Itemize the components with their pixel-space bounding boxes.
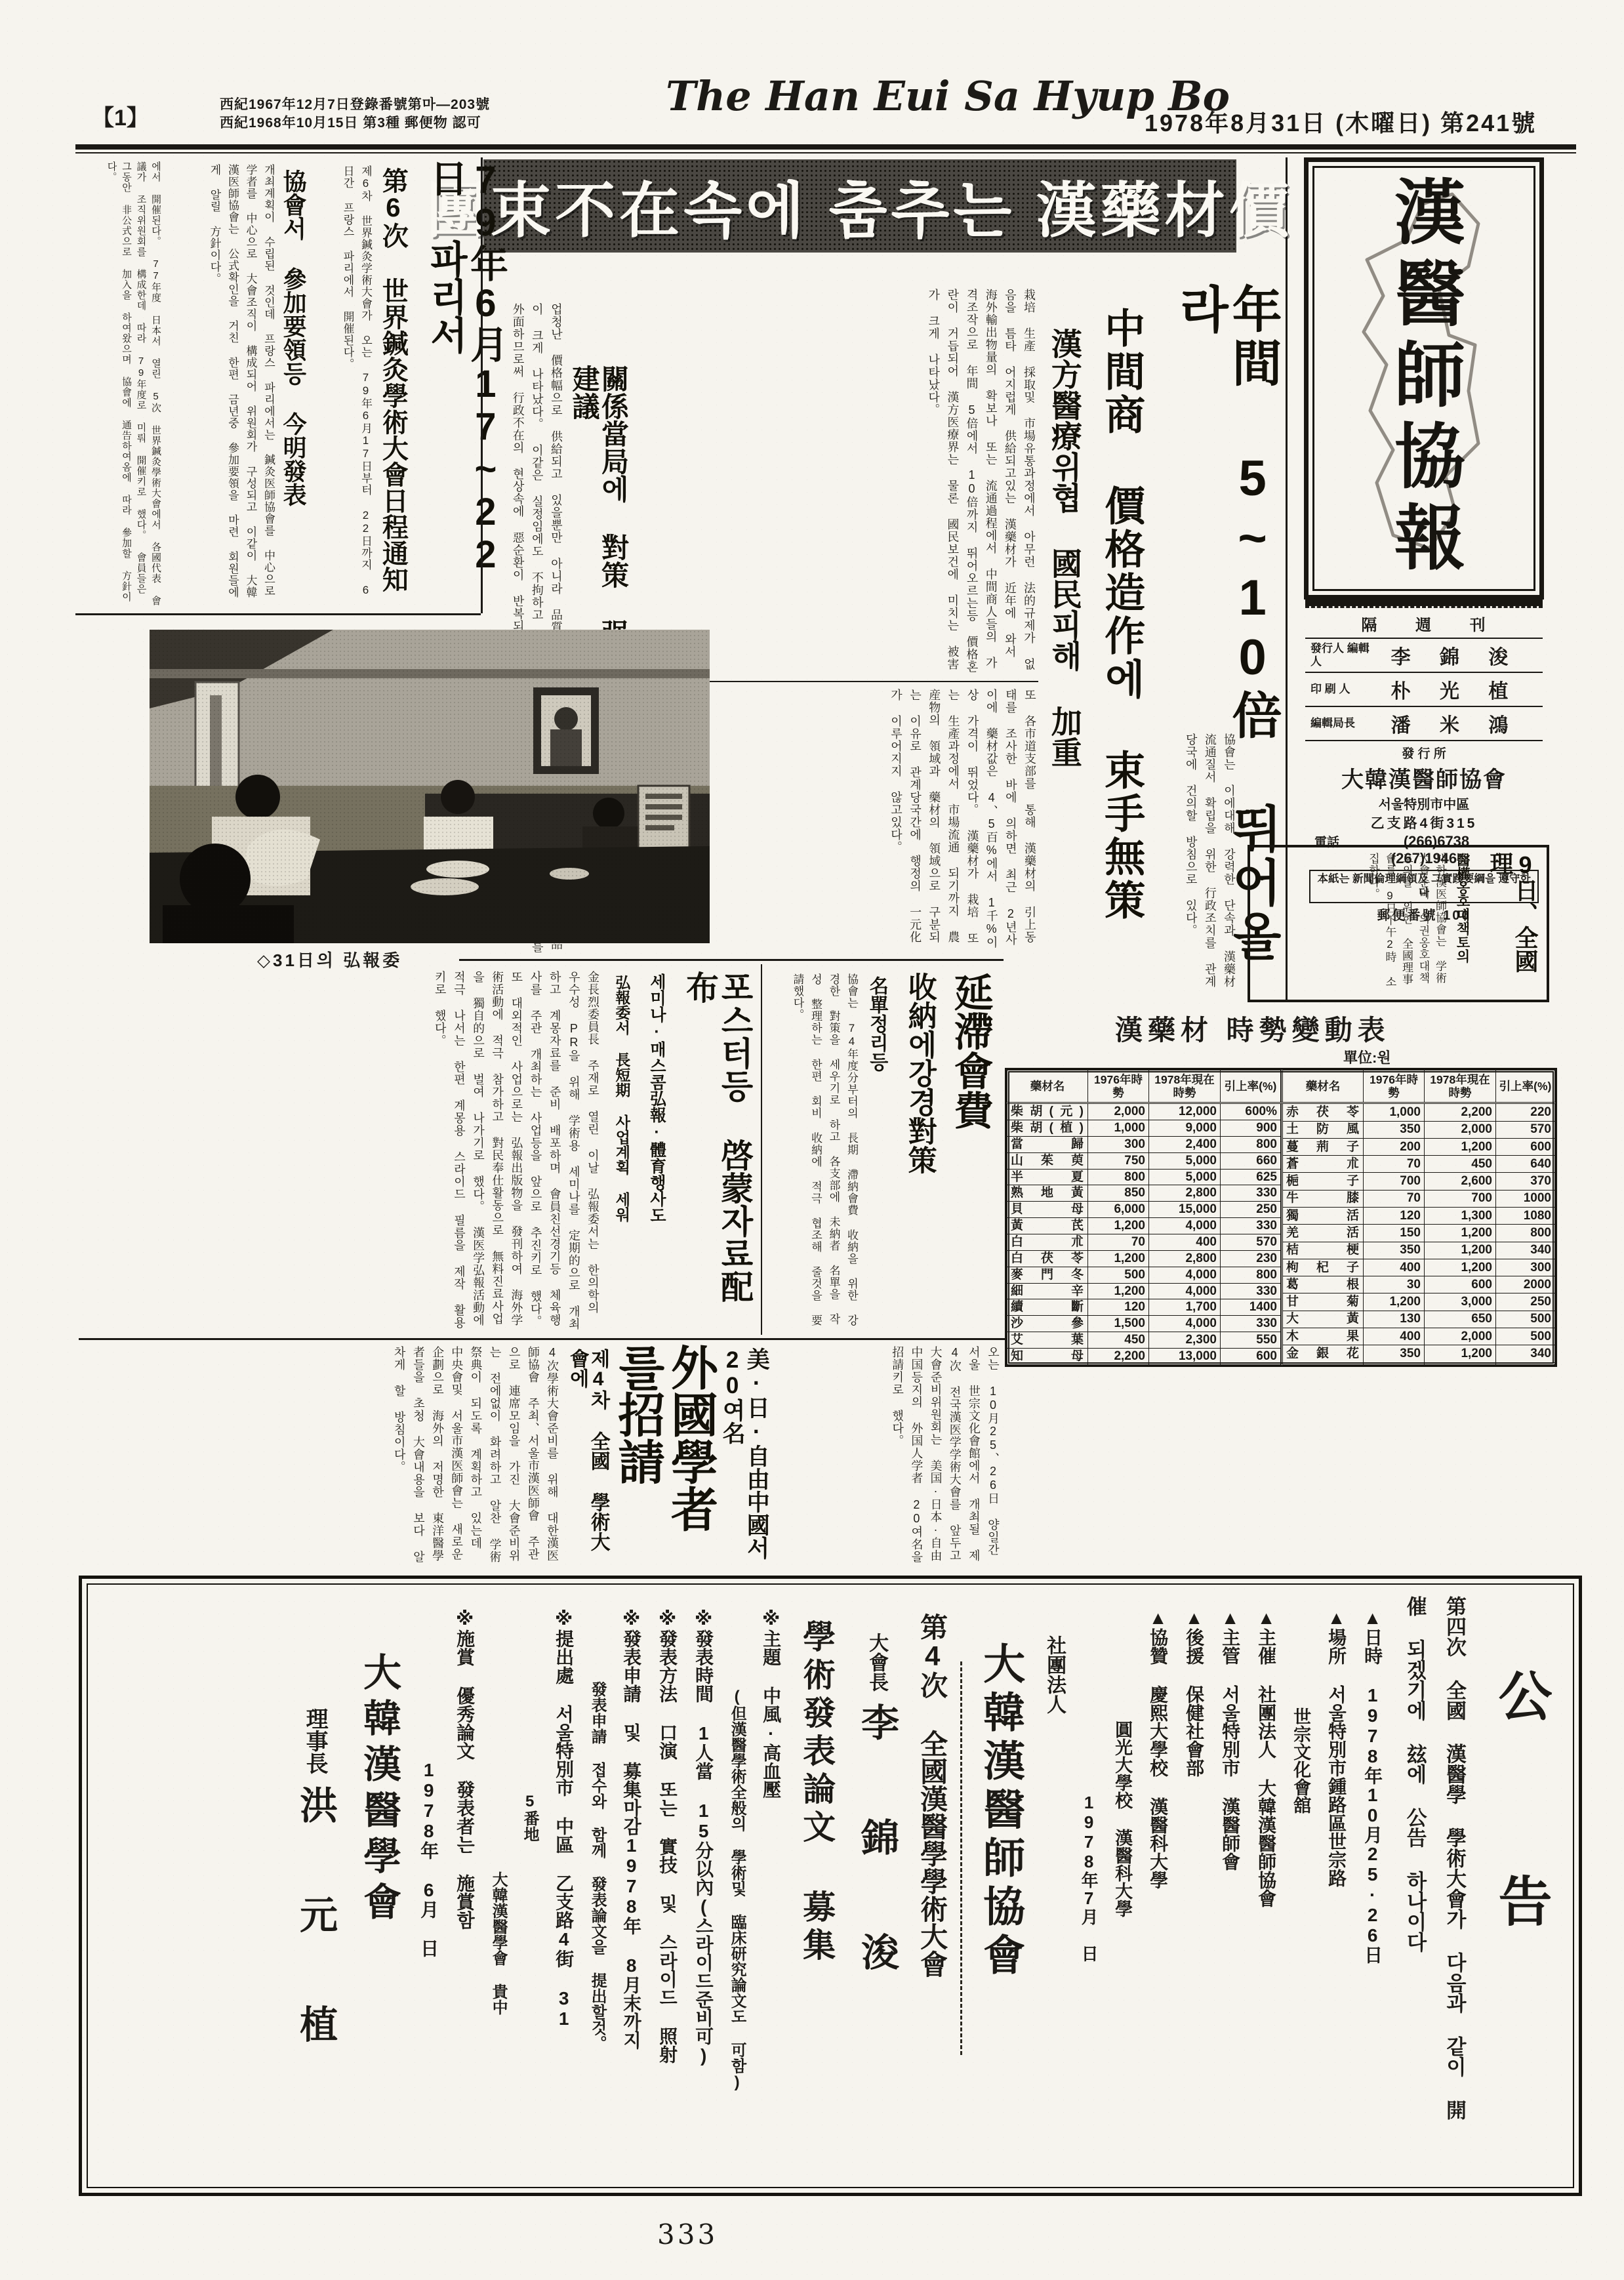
publisher-name: 李 錦 浚 [1373, 641, 1537, 670]
price-cell: 2,000 [1425, 1328, 1496, 1345]
table-row: 白茯苓1,2002,800230 [1007, 1250, 1281, 1267]
herb-name-cell: 續斷 [1007, 1299, 1088, 1316]
table-row: 甘菊1,2003,000250 [1282, 1293, 1555, 1311]
herb-name-cell: 當歸 [1007, 1136, 1088, 1152]
promo-subhead-2: 弘報委서 長短期 사업계획 세워 [614, 975, 630, 1332]
herb-name-cell: 柴胡(植) [1007, 1120, 1088, 1137]
price-cell: 660 [1221, 1152, 1281, 1169]
herb-name-cell: 白朮 [1007, 1234, 1088, 1251]
col-header-name: 藥材名 [1282, 1070, 1364, 1103]
herb-name-cell: 艾葉 [1007, 1332, 1088, 1349]
price-table-left: 藥材名 1976年時勢 1978年現在時勢 引上率(%) 柴胡(元)2,0001… [1007, 1070, 1281, 1365]
dues-subhead: 名單정리등 [867, 976, 887, 1330]
herb-name-cell: 沙參 [1007, 1316, 1088, 1332]
table-row: 山茱萸7505,000660 [1007, 1152, 1281, 1169]
table-row: 柴胡(元)2,00012,000600% [1007, 1103, 1281, 1120]
printer-label: 印 刷 人 [1310, 683, 1373, 696]
herb-name-cell: 細辛 [1007, 1283, 1088, 1299]
banner-headline-box: 團束不在속에 춤추는 漢藥材價 [483, 159, 1236, 253]
price-cell: 70 [1088, 1234, 1149, 1251]
price-cell: 250 [1496, 1293, 1555, 1311]
price-cell: 450 [1088, 1332, 1149, 1349]
table-row: 羌活1501,200800 [1282, 1225, 1555, 1242]
board-meeting-box: 9日、全國理 醫權옹호대책토의 대한漢医師協會는 学術大會준비 의권옹호대책토의… [1248, 845, 1549, 1002]
table-header-row: 藥材名 1976年時勢 1978年現在時勢 引上率(%) [1282, 1070, 1555, 1103]
issuer-label: 發 行 所 [1305, 741, 1543, 762]
meeting-photo [150, 630, 710, 943]
price-cell: 1,000 [1088, 1120, 1149, 1137]
herb-name-cell: 貝母 [1007, 1202, 1088, 1218]
price-cell: 2,000 [1425, 1121, 1496, 1138]
foreign-subhead-2: 제4차 全國 學術大會에 [567, 1349, 609, 1566]
foreign-headline: 外國學者를招請 [603, 1343, 716, 1566]
price-cell: 70 [1364, 1190, 1425, 1207]
price-cell: 1,500 [1088, 1316, 1149, 1332]
notice-director: 理事長 洪 元 植 [287, 1596, 342, 2176]
price-cell [1364, 1362, 1425, 1364]
vertical-divider-left [481, 157, 483, 613]
herb-name-cell: 梔子 [1282, 1173, 1364, 1190]
banner-headline: 團束不在속에 춤추는 漢藥材價 [426, 163, 1293, 249]
dues-divider [761, 964, 762, 1335]
price-cell: 600% [1221, 1103, 1281, 1120]
announcement-box: 公 告 第四次 全國 漢醫學 學術大會가 다음과 같이 開催 되겠기에 玆에 公… [79, 1576, 1582, 2196]
price-cell: 2,200 [1088, 1348, 1149, 1364]
dues-headline-1: 延滯會費 [950, 972, 992, 1169]
registration-line2: 西紀1968年10月15日 第3種 郵便物 認可 [220, 114, 490, 132]
price-cell: 340 [1496, 1345, 1555, 1362]
notice-intro: 第四次 全國 漢醫學 學術大會가 다음과 같이 開催 되겠기에 玆에 公告 하나… [1394, 1596, 1474, 2121]
price-table-right: 藥材名 1976年時勢 1978年現在時勢 引上率(%) 赤茯苓1,0002,2… [1281, 1070, 1555, 1365]
herb-name-cell: 山茱萸 [1007, 1152, 1088, 1169]
table-body-left: 柴胡(元)2,00012,000600%柴胡(植)1,0009,000900當歸… [1007, 1103, 1281, 1365]
table-row: 蔓荊子2001,200600 [1282, 1138, 1555, 1155]
header-rule-thick [75, 144, 1576, 150]
price-cell: 2,600 [1425, 1173, 1496, 1190]
price-cell: 1000 [1496, 1190, 1555, 1207]
herb-name-cell: 半夏 [1007, 1169, 1088, 1185]
director-name: 洪 元 植 [294, 1785, 336, 2057]
price-cell: 500 [1496, 1311, 1555, 1328]
registration-info: 西紀1967年12月7日登錄番號第마—203號 西紀1968年10月15日 第3… [220, 96, 490, 133]
publisher-box: 隔 週 刊 發行人 編輯人 李 錦 浚 印 刷 人 朴 光 植 編輯局長 潘 米… [1305, 598, 1543, 849]
herb-name-cell: 甘菊 [1282, 1293, 1364, 1311]
notice-date-item: ▲日時 1978年10月25·26日 [1358, 1596, 1386, 2176]
registration-line1: 西紀1967年12月7日登錄番號第마—203號 [220, 96, 490, 114]
table-row: 桔梗3501,200340 [1282, 1242, 1555, 1259]
notice-apply-item: ※發表申請 및 募集마감1978年 8月末까지 [617, 1596, 645, 2176]
issuer-address-2: 乙支路4街315 [1305, 813, 1543, 832]
price-cell: 4,000 [1149, 1218, 1221, 1234]
price-cell: 130 [1364, 1311, 1425, 1328]
notice-org-name: 大韓漢醫師協會 [971, 1596, 1031, 2176]
page-number: 333 [657, 2218, 718, 2250]
table-row: 牛膝707001000 [1282, 1190, 1555, 1207]
price-cell: 340 [1496, 1242, 1555, 1259]
table-row: 木果4002,000500 [1282, 1328, 1555, 1345]
bottom-band-rule [79, 1338, 1005, 1340]
foreign-subhead-1: 美·日·自由中國서20여名 [720, 1347, 769, 1566]
chairman-name: 李 錦 浚 [855, 1703, 898, 1987]
price-cell: 2,800 [1149, 1250, 1221, 1267]
mid-band-rule [459, 959, 1004, 961]
herb-name-cell: 麥門冬 [1007, 1267, 1088, 1283]
issue-dateline: 1978年8月31日 (木曜日) 第241號 [1145, 105, 1537, 138]
col-header-rate: 引上率(%) [1496, 1070, 1555, 1103]
table-row: 知母2,20013,000600 [1007, 1348, 1281, 1364]
paris-subhead-2: 協會서 參加要領등 今明發表 [281, 169, 306, 602]
herb-name-cell: 牛膝 [1282, 1190, 1364, 1207]
notice-date-july: 1978年7月 日 [1077, 1596, 1101, 2176]
price-cell: 600 [1425, 1276, 1496, 1293]
editor-label: 編輯局長 [1310, 717, 1373, 730]
table-row: 續斷1201,7001400 [1007, 1299, 1281, 1316]
masthead-inner-border: 漢醫師協報 [1312, 166, 1535, 591]
price-cell: 570 [1496, 1121, 1555, 1138]
notice-sponsor-item-2: 圓光大學校 漢醫科大學 [1110, 1596, 1135, 2176]
col-header-1978: 1978年現在時勢 [1425, 1070, 1496, 1103]
notice-manage-item: ▲主管 서울特別市 漢醫師會 [1216, 1596, 1244, 2176]
notice-submit-item: ※提出處 서울特別市 中區 乙支路4街 31 [550, 1596, 577, 2176]
editor-row: 編輯局長 潘 米 鴻 [1305, 707, 1543, 741]
price-cell: 15,000 [1149, 1202, 1221, 1218]
herb-name-cell: 黃芪 [1007, 1218, 1088, 1234]
foreign-body-left: 4次學術大會준비를 위해 대한漢医師協會 주최、서울市漢医師會 주관으로 連席모… [81, 1346, 561, 1566]
herb-name-cell [1282, 1362, 1364, 1364]
price-cell: 330 [1221, 1218, 1281, 1234]
herb-name-cell: 柴胡(元) [1007, 1103, 1088, 1120]
header-rule-thin [75, 152, 1576, 153]
price-cell: 450 [1425, 1156, 1496, 1173]
publisher-label: 發行人 編輯人 [1310, 642, 1373, 668]
price-cell: 640 [1496, 1156, 1555, 1173]
price-cell: 220 [1496, 1103, 1555, 1121]
notice-submit-item-2: 5番地 [518, 1596, 541, 2176]
notice-title: 公 告 [1482, 1596, 1559, 2176]
price-cell: 230 [1221, 1250, 1281, 1267]
meeting-photo-image [150, 630, 710, 943]
printer-row: 印 刷 人 朴 光 植 [1305, 673, 1543, 707]
price-cell: 750 [1088, 1152, 1149, 1169]
price-cell: 5,000 [1149, 1152, 1221, 1169]
table-row: 獨活1201,3001080 [1282, 1207, 1555, 1224]
price-cell: 1,200 [1088, 1283, 1149, 1299]
table-row: 細辛1,2004,000330 [1007, 1283, 1281, 1299]
issuer-address-1: 서울特別市中區 [1305, 794, 1543, 813]
paris-body-col: 제6차 世界鍼灸学術大會가 오는 79年6月17日부터 22日까지 6日간 프랑… [331, 165, 375, 605]
notice-divider-squiggle [960, 1661, 962, 2055]
price-cell: 350 [1364, 1345, 1425, 1362]
herb-name-cell: 大黃 [1282, 1311, 1364, 1328]
price-cell: 250 [1221, 1202, 1281, 1218]
price-cell: 800 [1221, 1136, 1281, 1152]
notice-method-item: ※發表方法 口演 또는 實技 및 스라이드 照射 [653, 1596, 681, 2176]
price-cell: 2,400 [1149, 1136, 1221, 1152]
herb-name-cell: 蒼朮 [1282, 1156, 1364, 1173]
price-cell: 200 [1364, 1138, 1425, 1155]
board-headline: 9日、全國理 [1488, 851, 1537, 994]
paris-subhead-1: 第6次 世界鍼灸學術大會日程通知 [379, 167, 407, 603]
notice-chairman: 大會長 李 錦 浚 [849, 1596, 904, 2176]
notice-award-item: ※施賞 優秀論文 發表者는 施賞함 [451, 1596, 478, 2176]
price-cell: 550 [1221, 1332, 1281, 1349]
col-header-1978: 1978年現在時勢 [1149, 1070, 1221, 1103]
foreign-body-right: 오는 10月25、26日 양일간 서울 世宗文化會館에서 개최될 제4次 전국漢… [770, 1346, 1002, 1566]
price-cell: 5,000 [1149, 1169, 1221, 1185]
herb-name-cell: 桔梗 [1282, 1242, 1364, 1259]
director-label: 理事長 [302, 1707, 327, 1774]
price-body-a: 栽培 生產 採取및 市場유통과정에서 아무런 法的규제가 없음을 틈타 어지럽게… [626, 289, 1038, 674]
herb-name-cell: 赤茯苓 [1282, 1103, 1364, 1121]
dues-headline-2: 收納에강경對策 [904, 972, 935, 1330]
notice-topic-note: (但漢醫學術全般의 學術및 臨床研究論文도 可함) [725, 1596, 748, 2176]
herb-name-cell: 知母 [1007, 1348, 1088, 1364]
price-cell: 625 [1221, 1169, 1281, 1185]
herb-name-cell: 白茯苓 [1007, 1250, 1088, 1267]
board-body: 대한漢医師協會는 学術大會준비 의권옹호대책토의를 위한 全國理事會를 9日下午… [1258, 853, 1448, 992]
price-cell: 1,200 [1425, 1345, 1496, 1362]
herb-name-cell: 枸杞子 [1282, 1259, 1364, 1276]
price-cell: 120 [1088, 1299, 1149, 1316]
col-header-1976: 1976年時勢 [1088, 1070, 1149, 1103]
price-cell: 3,000 [1425, 1293, 1496, 1311]
price-cell: 1,000 [1364, 1103, 1425, 1121]
price-cell: 400 [1364, 1259, 1425, 1276]
price-body-d: 協會는 이에대해 강력한 단속과 漢藥材 流通질서 확립을 위한 行政조치를 관… [1048, 733, 1238, 1000]
price-cell: 300 [1496, 1259, 1555, 1276]
notice-place-venue: 世宗文化會舘 [1288, 1596, 1314, 2176]
editor-name: 潘 米 鴻 [1373, 709, 1537, 738]
table-row: 黃芪1,2004,000330 [1007, 1218, 1281, 1234]
herb-name-cell: 葛根 [1282, 1276, 1364, 1293]
publisher-row: 發行人 編輯人 李 錦 浚 [1305, 639, 1543, 673]
price-cell: 4,000 [1149, 1283, 1221, 1299]
table-row: 麥門冬5004,000800 [1007, 1267, 1281, 1283]
notice-host-item: ▲主催 社團法人 大韓漢醫師協會 [1252, 1596, 1280, 2176]
price-cell: 2000 [1496, 1276, 1555, 1293]
issuer-name: 大韓漢醫師協會 [1305, 762, 1543, 794]
price-cell: 330 [1221, 1283, 1281, 1299]
herb-name-cell: 金銀花 [1282, 1345, 1364, 1362]
paris-side-strip: 에서 開催된다。 77年度 日本서 열린 5次 世界鍼灸學術大會에서 各國代表 … [79, 161, 163, 609]
price-cell: 2,000 [1088, 1103, 1149, 1120]
price-cell: 1,200 [1425, 1259, 1496, 1276]
paris-body: 개최계획이 수립된 것인데 프랑스 파리에서는 鍼灸医師協會를 中心으로 学者를… [167, 164, 277, 607]
price-cell: 400 [1364, 1328, 1425, 1345]
board-subhead: 醫權옹호대책토의 [1455, 853, 1469, 993]
table-row: 枸杞子4001,200300 [1282, 1259, 1555, 1276]
masthead-title: 漢醫師協報 [1373, 175, 1475, 582]
price-cell: 330 [1221, 1316, 1281, 1332]
masthead-box: 漢醫師協報 [1304, 157, 1544, 600]
chairman-label: 大會長 [866, 1633, 887, 1692]
price-cell: 1,200 [1425, 1138, 1496, 1155]
price-cell: 700 [1425, 1190, 1496, 1207]
notice-time-item: ※發表時間 1人當 15分以內(스라이드준비可) [689, 1596, 717, 2176]
col-header-name: 藥材名 [1007, 1070, 1088, 1103]
herb-name-cell: 羌活 [1282, 1225, 1364, 1242]
price-cell: 2,300 [1149, 1332, 1221, 1349]
price-cell: 1,200 [1425, 1225, 1496, 1242]
price-cell: 2,200 [1425, 1103, 1496, 1121]
printer-name: 朴 光 植 [1373, 675, 1537, 704]
price-cell: 1,200 [1364, 1293, 1425, 1311]
table-row [1282, 1362, 1555, 1364]
notice-place-item: ▲場所 서울特別市鍾路區世宗路 [1322, 1596, 1350, 2176]
table-header-row: 藥材名 1976年時勢 1978年現在時勢 引上率(%) [1007, 1070, 1281, 1103]
table-unit: 單位:원 [1343, 1047, 1391, 1067]
price-cell: 9,000 [1149, 1120, 1221, 1137]
table-row: 金銀花3501,200340 [1282, 1345, 1555, 1362]
price-cell: 500 [1496, 1328, 1555, 1345]
table-row: 梔子7002,600370 [1282, 1173, 1555, 1190]
col-header-1976: 1976年時勢 [1364, 1070, 1425, 1103]
price-cell: 850 [1088, 1185, 1149, 1202]
price-cell: 350 [1364, 1121, 1425, 1138]
herb-name-cell: 土防風 [1282, 1121, 1364, 1138]
publication-frequency: 隔 週 刊 [1305, 606, 1543, 639]
announcement-content: 公 告 第四次 全國 漢醫學 學術大會가 다음과 같이 開催 되겠기에 玆에 公… [102, 1596, 1559, 2176]
price-cell: 30 [1364, 1276, 1425, 1293]
price-cell: 13,000 [1149, 1348, 1221, 1364]
edition-number: 【1】 [92, 100, 149, 132]
price-cell: 4,000 [1149, 1316, 1221, 1332]
price-cell: 900 [1221, 1120, 1281, 1137]
price-cell: 150 [1364, 1225, 1425, 1242]
table-row: 葛根306002000 [1282, 1276, 1555, 1293]
dues-body: 協會는 74年度分부터의 長期 滯納會費 收納을 위한 강경한 對策을 세우기로… [769, 973, 861, 1333]
table-row: 熟地黃8502,800330 [1007, 1185, 1281, 1202]
price-cell: 700 [1364, 1173, 1425, 1190]
table-row: 土防風3502,000570 [1282, 1121, 1555, 1138]
price-cell: 330 [1221, 1185, 1281, 1202]
price-cell: 12,000 [1149, 1103, 1221, 1120]
price-cell: 6,000 [1088, 1202, 1149, 1218]
price-cell: 570 [1221, 1234, 1281, 1251]
herb-name-cell: 蔓荊子 [1282, 1138, 1364, 1155]
notice-congress-name: 第4次 全國漢醫學學術大會 [912, 1596, 952, 2176]
price-cell: 800 [1088, 1169, 1149, 1185]
table-row: 白朮70400570 [1007, 1234, 1281, 1251]
notice-org-prefix: 社團法人 [1040, 1596, 1068, 2176]
price-cell: 70 [1364, 1156, 1425, 1173]
notice-submit-item-3: 大韓漢醫學會 貴中 [487, 1596, 510, 2176]
herb-name-cell: 獨活 [1282, 1207, 1364, 1224]
notice-sponsor-item: ▲協贊 慶熙大學校 漢醫科大學 [1144, 1596, 1171, 2176]
price-cell: 1,300 [1425, 1207, 1496, 1224]
notice-topic-item: ※主題 中風·高血壓 [757, 1596, 784, 2176]
price-cell: 600 [1496, 1138, 1555, 1155]
notice-apply-note: 發表申請 접수와 함께 發表論文을 提出할것。 [586, 1596, 609, 2176]
table-row: 沙參1,5004,000330 [1007, 1316, 1281, 1332]
price-cell: 120 [1364, 1207, 1425, 1224]
table-row: 大黃130650500 [1282, 1311, 1555, 1328]
table-row: 柴胡(植)1,0009,000900 [1007, 1120, 1281, 1137]
table-row: 艾葉4502,300550 [1007, 1332, 1281, 1349]
price-cell: 600 [1221, 1348, 1281, 1364]
price-cell: 300 [1088, 1136, 1149, 1152]
table-row: 貝母6,00015,000250 [1007, 1202, 1281, 1218]
notice-association-name: 大韓漢醫學會 [351, 1596, 406, 2176]
price-cell: 1,200 [1088, 1250, 1149, 1267]
price-cell: 400 [1149, 1234, 1221, 1251]
price-cell [1425, 1362, 1496, 1364]
notice-support-item: ▲後援 保健社會部 [1180, 1596, 1208, 2176]
price-cell: 1,200 [1088, 1218, 1149, 1234]
price-cell: 500 [1088, 1267, 1149, 1283]
col-header-rate: 引上率(%) [1221, 1070, 1281, 1103]
table-row: 半夏8005,000625 [1007, 1169, 1281, 1185]
price-cell: 370 [1496, 1173, 1555, 1190]
newspaper-page: 【1】 西紀1967年12月7日登錄番號第마—203號 西紀1968年10月15… [0, 0, 1624, 2280]
herb-name-cell: 熟地黃 [1007, 1185, 1088, 1202]
price-change-table: 藥材名 1976年時勢 1978年現在時勢 引上率(%) 柴胡(元)2,0001… [1005, 1068, 1557, 1367]
price-cell: 1,200 [1425, 1242, 1496, 1259]
price-cell: 1,700 [1149, 1299, 1221, 1316]
price-cell: 2,800 [1149, 1185, 1221, 1202]
price-cell: 4,000 [1149, 1267, 1221, 1283]
table-row: 當歸3002,400800 [1007, 1136, 1281, 1152]
notice-recruit-title: 學術發表論文 募集 [793, 1596, 840, 2176]
notice-date-june: 1978年 6月 日 [415, 1596, 442, 2176]
price-cell: 650 [1425, 1311, 1496, 1328]
price-cell: 350 [1364, 1242, 1425, 1259]
paper-title-script: The Han Eui Sa Hyup Bo [666, 72, 1112, 120]
promo-body: 金長烈委員長 주재로 열린 이날 弘報委서는 한의학의 우수성 PR을 위해 学… [240, 971, 602, 1333]
promo-subhead-1: 세미나·매스콤弘報·體育행사도 [648, 973, 666, 1333]
price-cell: 800 [1496, 1225, 1555, 1242]
photo-caption: ◇31日의 弘報委 [257, 947, 402, 971]
table-body-right: 赤茯苓1,0002,200220土防風3502,000570蔓荊子2001,20… [1282, 1103, 1555, 1365]
price-cell [1496, 1362, 1555, 1364]
section-rule-left [75, 613, 481, 615]
table-row: 赤茯苓1,0002,200220 [1282, 1103, 1555, 1121]
price-body-c: 또 各市道支部를 통해 漢藥材의 引上동태를 조사한 바에 의하면 최근 2년사… [716, 689, 1039, 951]
table-row: 蒼朮70450640 [1282, 1156, 1555, 1173]
price-cell: 1400 [1221, 1299, 1281, 1316]
promo-headline: 포스터등 啓蒙자료配布 [682, 971, 752, 1333]
table-title: 漢藥材 時勢變動表 [1115, 1009, 1391, 1048]
price-cell: 1080 [1496, 1207, 1555, 1224]
price-cell: 800 [1221, 1267, 1281, 1283]
herb-name-cell: 木果 [1282, 1328, 1364, 1345]
